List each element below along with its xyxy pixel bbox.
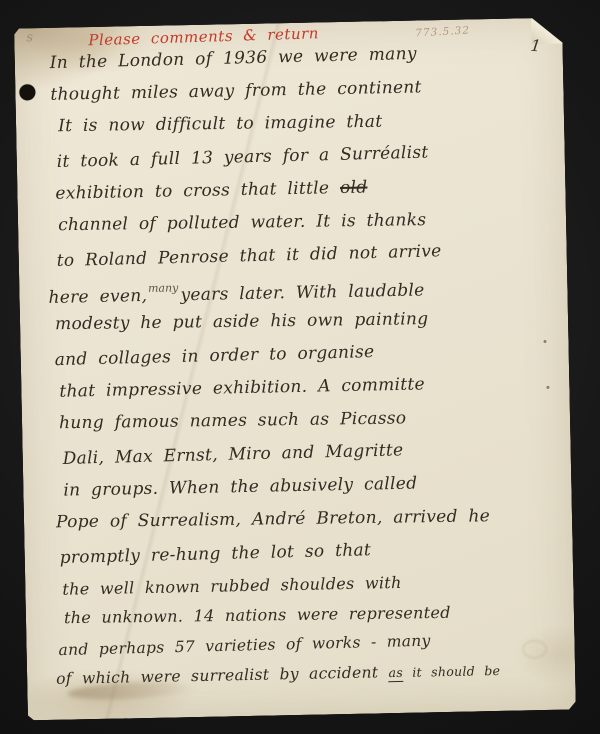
segment-text: the unknown. 14 nations were represented [64, 603, 451, 627]
segment-text: hung famous names such as Picasso [59, 408, 407, 433]
manuscript-page: s Please comments & return 773.5.32 1 In… [14, 18, 576, 721]
segment-underline-small: as [388, 665, 403, 682]
margin-mark: s [26, 30, 33, 45]
red-ink-annotation: Please comments & return [88, 24, 319, 49]
segment-text: years later. With laudable [180, 280, 424, 305]
segment-strike: old [340, 178, 368, 199]
segment-text: modesty he put aside his own painting [55, 309, 428, 334]
photo-background: s Please comments & return 773.5.32 1 In… [0, 0, 600, 734]
segment-text: It is now difficult to imagine that [58, 112, 383, 137]
handwritten-text: In the London of 1936 we were manythough… [44, 44, 552, 702]
segment-text: here even, [48, 286, 147, 308]
paper-speck [543, 340, 546, 343]
segment-text: channel of polluted water. It is thanks [58, 210, 426, 235]
catalog-number: 773.5.32 [415, 24, 470, 39]
ink-dot [19, 84, 35, 100]
segment-small: it should be [403, 663, 501, 680]
paper-speck [546, 386, 549, 389]
